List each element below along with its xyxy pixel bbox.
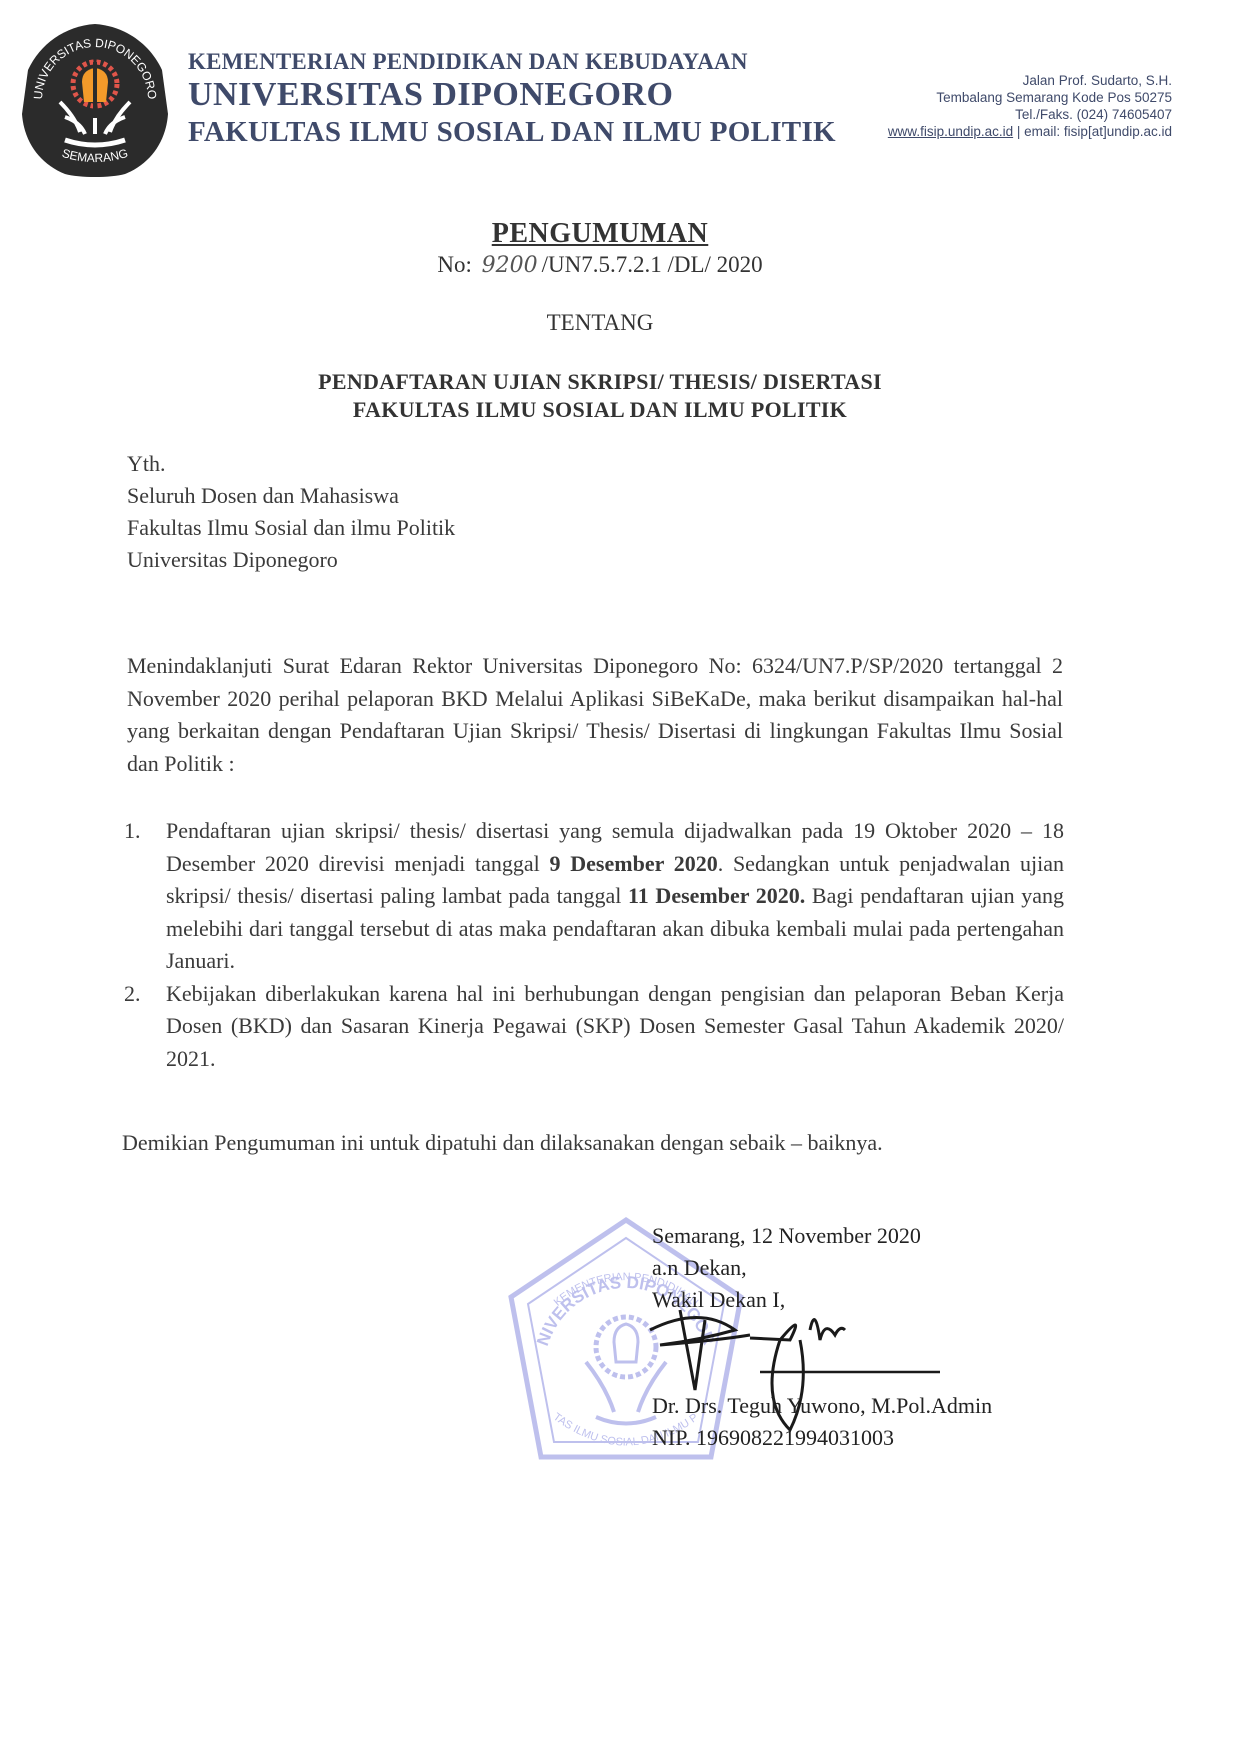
signer-details: Dr. Drs. Teguh Yuwono, M.Pol.Admin NIP. … bbox=[652, 1390, 992, 1454]
list-text: Pendaftaran ujian skripsi/ thesis/ diser… bbox=[166, 815, 1064, 978]
signer-nip: NIP. 196908221994031003 bbox=[652, 1422, 992, 1454]
number-handwritten: 9200 bbox=[482, 253, 538, 278]
highlight-date: 9 Desember 2020 bbox=[550, 851, 718, 876]
email: email: fisip[at]undip.ac.id bbox=[1024, 124, 1172, 139]
list-item: 2. Kebijakan diberlakukan karena hal ini… bbox=[124, 978, 1064, 1076]
highlight-date: 11 Desember 2020. bbox=[628, 883, 805, 908]
list-item: 1. Pendaftaran ujian skripsi/ thesis/ di… bbox=[124, 815, 1064, 978]
list-text: Kebijakan diberlakukan karena hal ini be… bbox=[166, 978, 1064, 1076]
on-behalf: a.n Dekan, bbox=[652, 1252, 921, 1284]
letterhead-title: KEMENTERIAN PENDIDIKAN DAN KEBUDAYAAN UN… bbox=[188, 48, 836, 150]
intro-paragraph: Menindaklanjuti Surat Edaran Rektor Univ… bbox=[127, 650, 1063, 780]
list-number: 1. bbox=[124, 815, 166, 978]
university-name: UNIVERSITAS DIPONEGORO bbox=[188, 76, 836, 114]
document-number: No: 9200/UN7.5.7.2.1 /DL/ 2020 bbox=[0, 252, 1200, 278]
number-prefix: No: bbox=[437, 252, 472, 277]
number-suffix: /UN7.5.7.2.1 /DL/ 2020 bbox=[542, 252, 763, 277]
closing-paragraph: Demikian Pengumuman ini untuk dipatuhi d… bbox=[122, 1130, 883, 1156]
place-date: Semarang, 12 November 2020 bbox=[652, 1220, 921, 1252]
numbered-list: 1. Pendaftaran ujian skripsi/ thesis/ di… bbox=[124, 815, 1064, 1075]
greeting: Yth. bbox=[127, 448, 455, 480]
subject-line-2: FAKULTAS ILMU SOSIAL DAN ILMU POLITIK bbox=[0, 396, 1200, 424]
faculty-name: FAKULTAS ILMU SOSIAL DAN ILMU POLITIK bbox=[188, 114, 836, 150]
addressee-line-3: Universitas Diponegoro bbox=[127, 544, 455, 576]
about-label: TENTANG bbox=[0, 310, 1200, 336]
signer-name: Dr. Drs. Teguh Yuwono, M.Pol.Admin bbox=[652, 1390, 992, 1422]
website-link[interactable]: www.fisip.undip.ac.id bbox=[888, 124, 1013, 139]
address-line-2: Tembalang Semarang Kode Pos 50275 bbox=[888, 89, 1172, 106]
addressee-line-1: Seluruh Dosen dan Mahasiswa bbox=[127, 480, 455, 512]
addressee: Yth. Seluruh Dosen dan Mahasiswa Fakulta… bbox=[127, 448, 455, 576]
address-line-1: Jalan Prof. Sudarto, S.H. bbox=[888, 72, 1172, 89]
contact-separator: | bbox=[1017, 124, 1021, 139]
list-number: 2. bbox=[124, 978, 166, 1076]
phone: Tel./Faks. (024) 74605407 bbox=[888, 106, 1172, 123]
letterhead-contact: Jalan Prof. Sudarto, S.H. Tembalang Sema… bbox=[888, 72, 1172, 140]
document-title-block: PENGUMUMAN No: 9200/UN7.5.7.2.1 /DL/ 202… bbox=[0, 218, 1200, 278]
subject: PENDAFTARAN UJIAN SKRIPSI/ THESIS/ DISER… bbox=[0, 368, 1200, 424]
addressee-line-2: Fakultas Ilmu Sosial dan ilmu Politik bbox=[127, 512, 455, 544]
document-title: PENGUMUMAN bbox=[0, 218, 1200, 250]
ministry-name: KEMENTERIAN PENDIDIKAN DAN KEBUDAYAAN bbox=[188, 48, 836, 76]
subject-line-1: PENDAFTARAN UJIAN SKRIPSI/ THESIS/ DISER… bbox=[0, 368, 1200, 396]
university-crest-icon: UNIVERSITAS DIPONEGORO SEMARANG bbox=[20, 22, 170, 180]
